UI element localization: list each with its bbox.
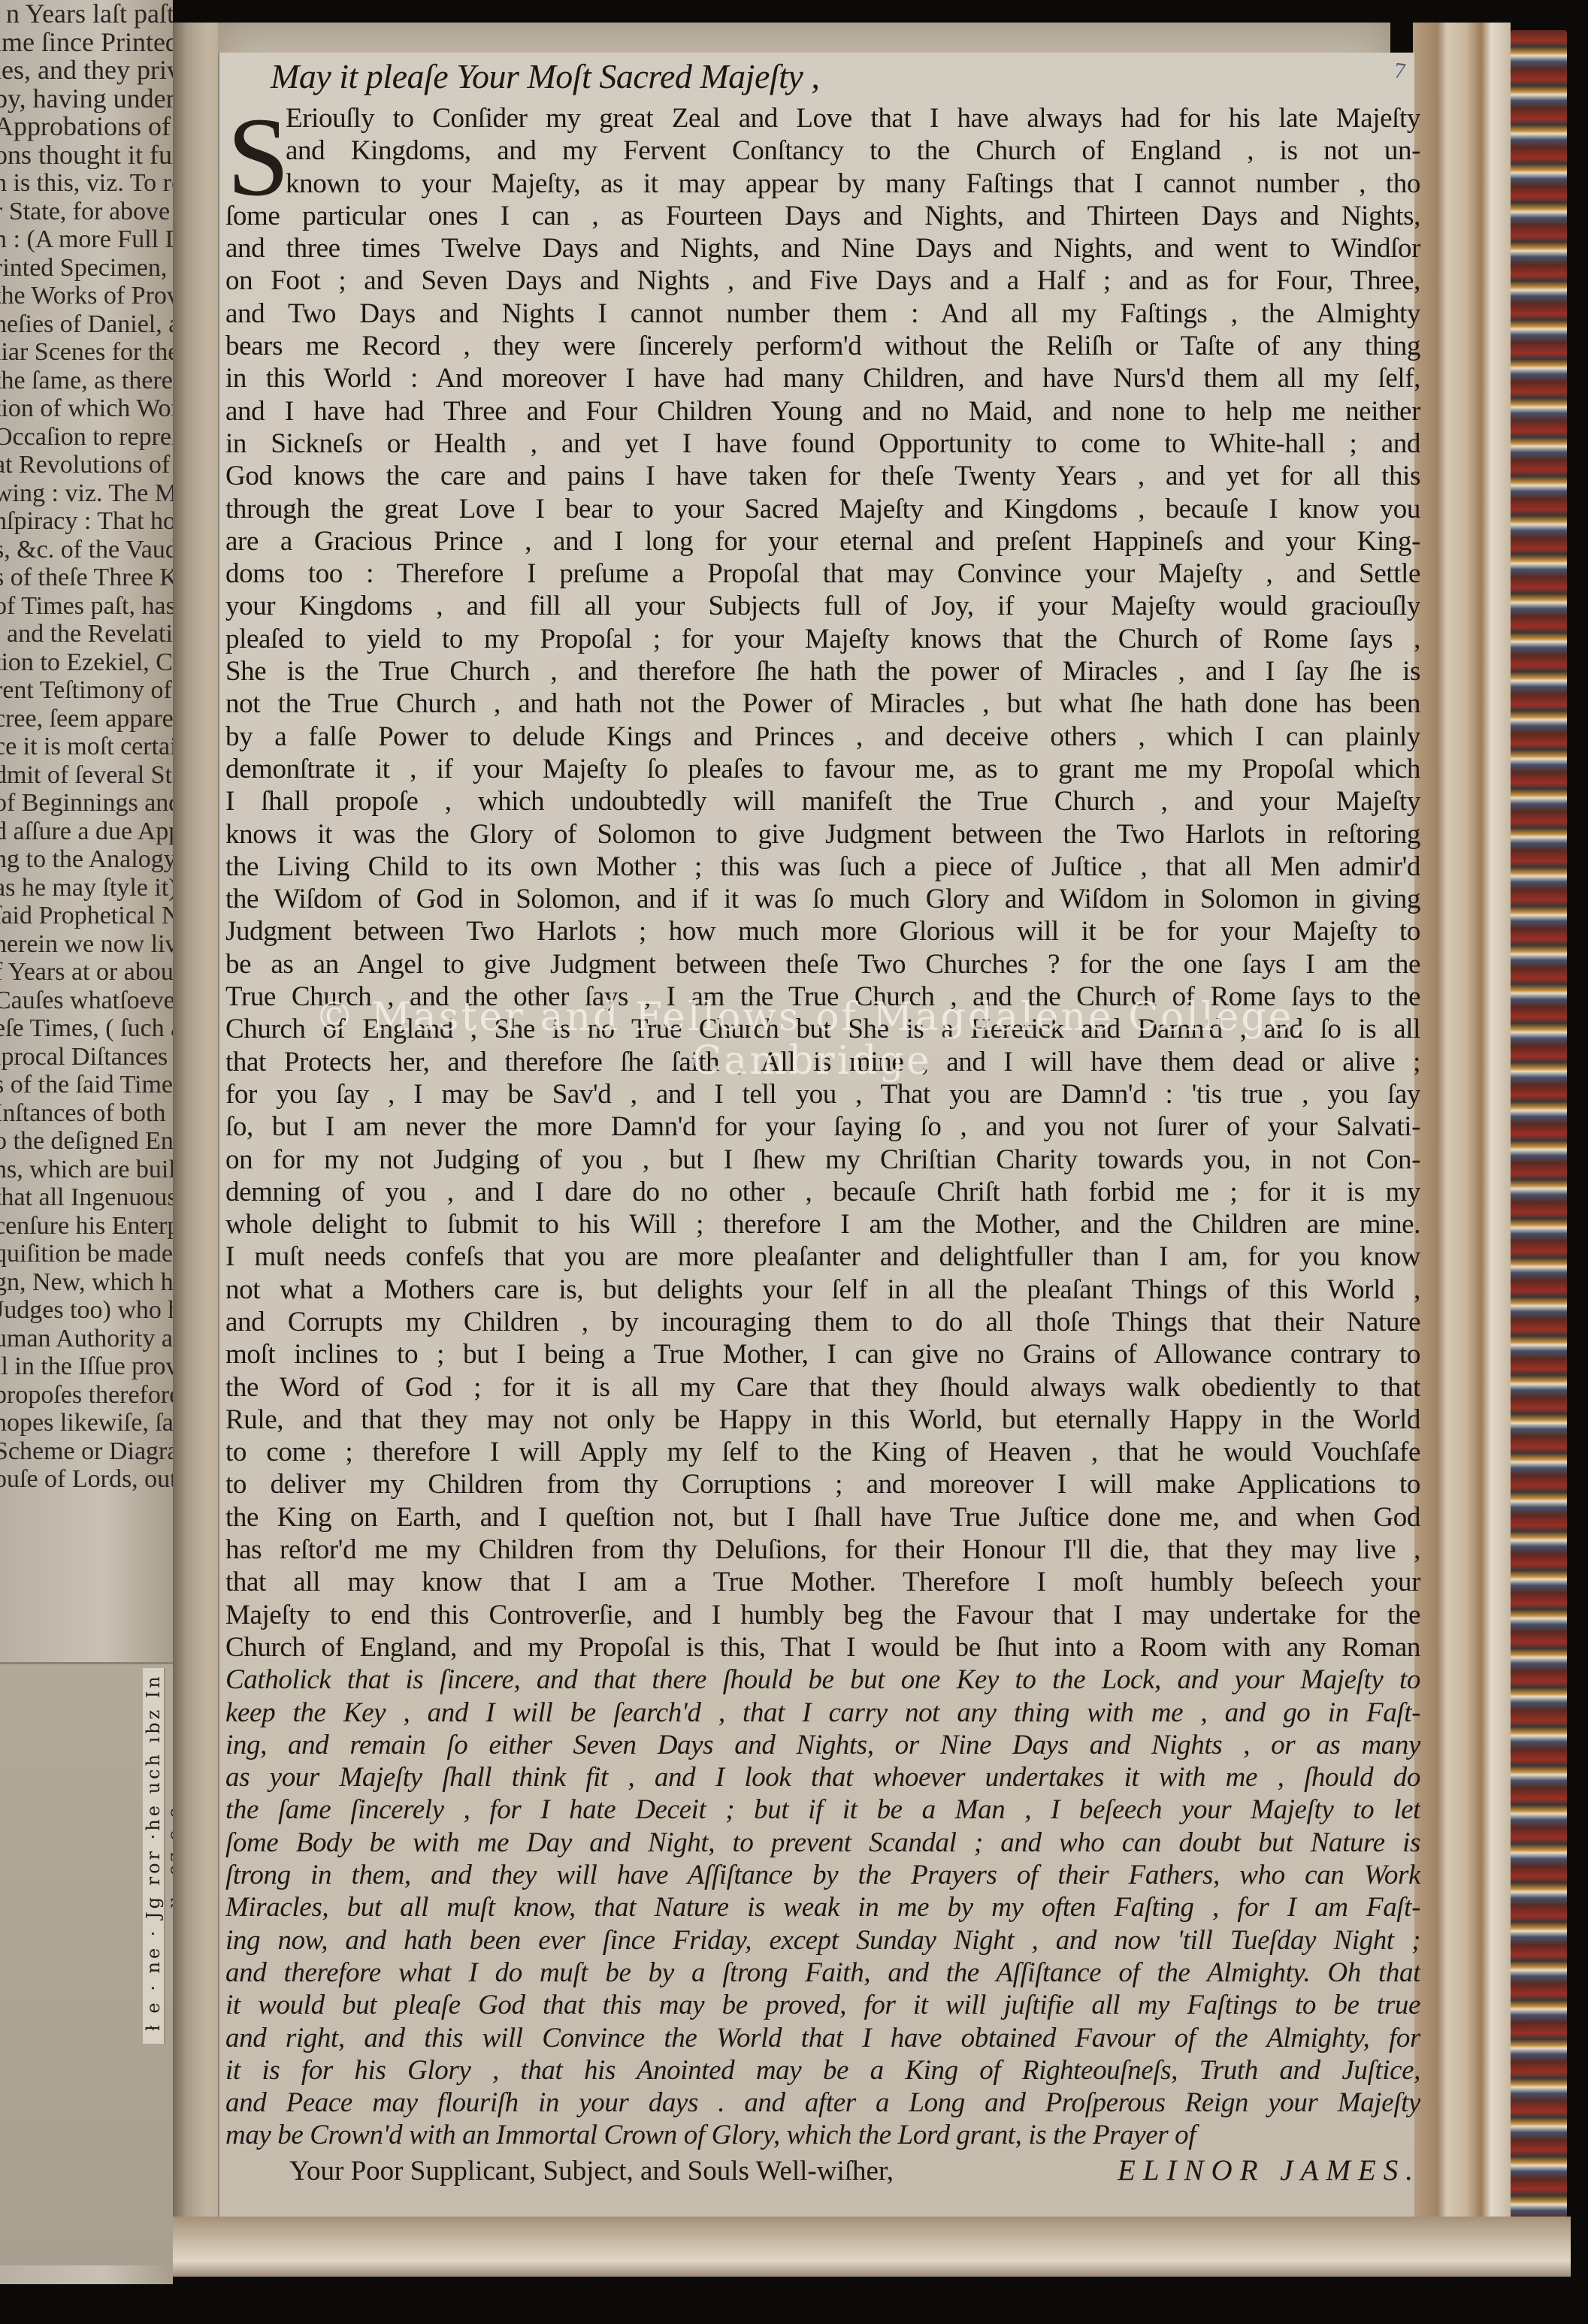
- left-page-line: of Beginnings and Ends,: [0, 789, 173, 817]
- left-page-line: the ſame, as there is for: [0, 367, 173, 395]
- left-page-line: ouſe of Lords, out of: [0, 1465, 173, 1494]
- text-line: in Sickneſs or Health , and yet I have f…: [225, 428, 1420, 460]
- left-page-line: Cauſes whatſoever ; ſo in: [0, 987, 173, 1015]
- left-page-line: rinted Specimen, does: [0, 254, 173, 283]
- text-line: God knows the care and pains I have take…: [225, 460, 1420, 492]
- left-page-line: tion of which Work, as it: [0, 394, 173, 423]
- left-page-line: quiſition be made into: [0, 1240, 173, 1268]
- left-page-line: o the deſigned End, that: [0, 1127, 173, 1156]
- text-line: and three times Twelve Days and Nights, …: [225, 232, 1420, 264]
- petition-body: S Eriouſly to Conſider my great Zeal and…: [225, 102, 1420, 2152]
- left-page-line: liar Scenes for the Accompliſh-: [0, 338, 173, 367]
- background-shadow: [173, 2277, 1588, 2324]
- text-line: and Corrupts my Children , by incouragin…: [225, 1306, 1420, 1338]
- left-page-line: r State, for above theſe: [0, 198, 173, 226]
- text-line: on Foot ; and Seven Days and Nights , an…: [225, 264, 1420, 297]
- left-page-line: heſies of Daniel, and the: [0, 310, 173, 339]
- text-line: ing, and remain ſo either Seven Days and…: [225, 1729, 1420, 1761]
- left-page-line: of Times paſt, has been: [0, 592, 173, 621]
- text-line: to come ; therefore I will Apply my ſelf…: [225, 1436, 1420, 1468]
- text-line: not the True Church , and hath not the P…: [225, 688, 1420, 720]
- text-line: through the great Love I bear to your Sa…: [225, 493, 1420, 525]
- left-page-line: d aſſure a due Application:: [0, 817, 173, 846]
- left-page-line: cenſure his Enterprize: [0, 1212, 173, 1241]
- text-line: in this World : And moreover I have had …: [225, 362, 1420, 394]
- left-page-line: ies, and they privately: [0, 56, 173, 85]
- text-line: Church of England , She is no True Churc…: [225, 1013, 1420, 1045]
- text-line: the Wiſdom of God in Solomon, and if it …: [225, 883, 1420, 915]
- drop-cap: S: [227, 108, 289, 206]
- text-line: She is the True Church , and therefore ſ…: [225, 655, 1420, 688]
- left-page-line: nſpiracy : That horrid: [0, 507, 173, 536]
- left-page-line: tion to Ezekiel, Ch. iv. 5, 6.: [0, 648, 173, 677]
- text-line: Majeſty to end this Controverſie, and I …: [225, 1599, 1420, 1631]
- text-line: ſome particular ones I can , as Fourteen…: [225, 200, 1420, 232]
- text-line: to deliver my Children from thy Corrupti…: [225, 1468, 1420, 1500]
- text-line: and Two Days and Nights I cannot number …: [225, 298, 1420, 330]
- left-page-line: wing : viz. The Marian Per-: [0, 479, 173, 508]
- salutation: May it pleaſe Your Moſt Sacred Majeſty ,: [271, 54, 1420, 99]
- text-line: doms too : Therefore I preſume a Propoſa…: [225, 558, 1420, 590]
- text-line: Judgment between Two Harlots ; how much …: [225, 915, 1420, 947]
- text-line: and Kingdoms, and my Fervent Conſtancy t…: [225, 134, 1420, 167]
- left-facing-page: n Years laſt paſtime ſince Printed twoie…: [0, 0, 173, 2284]
- text-line: that all may know that I am a True Mothe…: [225, 1566, 1420, 1598]
- left-page-line: iprocal Diſtances of the: [0, 1043, 173, 1071]
- left-page-line: uman Authority alone,: [0, 1325, 173, 1353]
- left-page-line: h is this, viz. To repreſent: [0, 169, 173, 198]
- text-line: Eriouſly to Conſider my great Zeal and L…: [225, 102, 1420, 134]
- text-line: ſome Body be with me Day and Night, to p…: [225, 1827, 1420, 1859]
- left-page-line: rent Teſtimony of moſt: [0, 676, 173, 705]
- text-line: and Peace may flouriſh in your days . an…: [225, 2087, 1420, 2119]
- text-line: Catholick that is ſincere, and that ther…: [225, 1664, 1420, 1696]
- left-page-line: s, &c. of the Vaudois : The: [0, 536, 173, 564]
- left-page-line: Approbations of divers: [0, 113, 173, 141]
- left-page-line: s of theſe Three Kingdoms: [0, 564, 173, 592]
- left-page-line: Scheme or Diagram ;: [0, 1437, 173, 1466]
- text-line: True Church , and the other ſays , I am …: [225, 981, 1420, 1013]
- text-line: I ſhall propoſe , which undoubtedly will…: [225, 785, 1420, 817]
- left-page-line: gn, New, which has not: [0, 1268, 173, 1297]
- left-page-line: at Revolutions of the Publick: [0, 451, 173, 479]
- petition-text: May it pleaſe Your Moſt Sacred Majeſty ,…: [225, 54, 1420, 2189]
- text-line: not what a Mothers care is, but delights…: [225, 1274, 1420, 1306]
- text-line: bears me Record , they were ſincerely pe…: [225, 330, 1420, 362]
- text-line: the ſame ſincerely , for I hate Deceit ;…: [225, 1794, 1420, 1826]
- text-line: and I have had Three and Four Children Y…: [225, 395, 1420, 428]
- text-line: your Kingdoms , and fill all your Subjec…: [225, 590, 1420, 622]
- text-line: by a falſe Power to delude Kings and Pri…: [225, 721, 1420, 753]
- text-line: the Living Child to its own Mother ; thi…: [225, 851, 1420, 883]
- left-page-line: Occaſion to repreſent the: [0, 423, 173, 452]
- left-page-line: s of the ſaid Times and: [0, 1071, 173, 1099]
- left-page-line: propoſes therefore, to: [0, 1381, 173, 1410]
- text-line: the King on Earth, and I queſtion not, b…: [225, 1501, 1420, 1534]
- text-line: I muſt needs confeſs that you are more p…: [225, 1241, 1420, 1273]
- left-page-text: n Years laſt paſtime ſince Printed twoie…: [0, 0, 173, 1494]
- text-line: for you ſay , I may be Sav'd , and I tel…: [225, 1078, 1420, 1111]
- supplicant-line: Your Poor Supplicant, Subject, and Souls…: [289, 2154, 894, 2189]
- page-edges-bottom: [173, 2217, 1571, 2280]
- text-line: ſtrong in them, and they will have Aſſiſ…: [225, 1859, 1420, 1891]
- text-line: as your Majeſty ſhall think fit , and I …: [225, 1761, 1420, 1794]
- left-page-line: ce it is moſt certain, that: [0, 733, 173, 761]
- text-line: Church of England, and my Propoſal is th…: [225, 1631, 1420, 1664]
- text-line: keep the Key , and I will be ſearch'd , …: [225, 1697, 1420, 1729]
- text-line: whole delight to ſubmit to his Will ; th…: [225, 1208, 1420, 1241]
- text-line: has reſtor'd me my Children from thy Del…: [225, 1534, 1420, 1566]
- text-line: be as an Angel to give Judgment between …: [225, 948, 1420, 981]
- left-page-line: Judges too) who have: [0, 1296, 173, 1325]
- text-line: Miracles, but all muſt know, that Nature…: [225, 1891, 1420, 1924]
- page-edges-right: [1413, 23, 1511, 2284]
- text-line: known to your Majeſty, as it may appear …: [225, 168, 1420, 200]
- text-line: and right, and this will Convince the Wo…: [225, 2022, 1420, 2054]
- left-page-line: the Works of Providence: [0, 282, 173, 310]
- text-line: the Word of God ; for it is all my Care …: [225, 1371, 1420, 1404]
- text-line: knows it was the Glory of Solomon to giv…: [225, 818, 1420, 851]
- signoff: Your Poor Supplicant, Subject, and Souls…: [225, 2153, 1420, 2189]
- text-line: may be Crown'd with an Immortal Crown of…: [225, 2119, 1420, 2151]
- left-page-line: herein we now live, muſt: [0, 930, 173, 959]
- left-page-line: cree, ſeem apparently pre-: [0, 705, 173, 733]
- text-line: are a Gracious Prince , and I long for y…: [225, 525, 1420, 558]
- text-line: and therefore what I do muſt be by a ſtr…: [225, 1957, 1420, 1989]
- text-line: it is for his Glory , that his Anointed …: [225, 2054, 1420, 2087]
- left-page-line: as he may ſtyle it) of the: [0, 874, 173, 902]
- left-page-line: n Years laſt paſt: [0, 0, 173, 29]
- left-page-line: that all Ingenuous and: [0, 1183, 173, 1212]
- text-line: pleaſed to yield to my Propoſal ; for yo…: [225, 623, 1420, 655]
- text-line: ſo, but I am never the more Damn'd for y…: [225, 1111, 1420, 1143]
- left-page-line: f Years at or about the: [0, 958, 173, 987]
- left-page-folded-strip: ł e · ne · Jg ror ·he uch ıbz In ·u- oz …: [143, 1668, 165, 2044]
- left-page-line: ng to the Analogy of Faith: [0, 845, 173, 874]
- left-page-line: ll in the Iſſue prove to: [0, 1352, 173, 1381]
- left-page-line: , and the Revelation of St.: [0, 620, 173, 648]
- text-line: ing now, and hath been ever ſince Friday…: [225, 1924, 1420, 1957]
- text-line: moſt inclines to ; but I being a True Mo…: [225, 1338, 1420, 1371]
- left-page-line: dmit of ſeveral Steps and: [0, 761, 173, 790]
- left-page-line: Inſtances of both kinds,: [0, 1099, 173, 1128]
- text-line: it would but pleaſe God that this may be…: [225, 1989, 1420, 2021]
- left-page-line: by, having underſtood the: [0, 85, 173, 113]
- left-page-line: n : (A more Full Deſ-: [0, 225, 173, 254]
- left-page-line: ons thought it further: [0, 141, 173, 170]
- left-page-line: ime ſince Printed two: [0, 29, 173, 57]
- left-page-line: ns, which are built on: [0, 1156, 173, 1184]
- marbled-endpaper: [1511, 30, 1567, 2292]
- left-page-line: ſaid Prophetical Numbers,: [0, 902, 173, 930]
- text-line: Rule, and that they may not only be Happ…: [225, 1404, 1420, 1436]
- signature: ELINOR JAMES.: [1118, 2153, 1420, 2188]
- text-line: demonſtrate it , if your Majeſty ſo plea…: [225, 753, 1420, 785]
- text-line: that Protects her, and therefore ſhe ſai…: [225, 1046, 1420, 1078]
- text-line: demning of you , and I dare do no other …: [225, 1176, 1420, 1208]
- left-page-line: hopes likewiſe, ſatiſ-: [0, 1409, 173, 1437]
- text-line: on for my not Judging of you , but I ſhe…: [225, 1144, 1420, 1176]
- book-gutter: [171, 23, 224, 2284]
- left-page-line: eſe Times, ( ſuch as the: [0, 1014, 173, 1043]
